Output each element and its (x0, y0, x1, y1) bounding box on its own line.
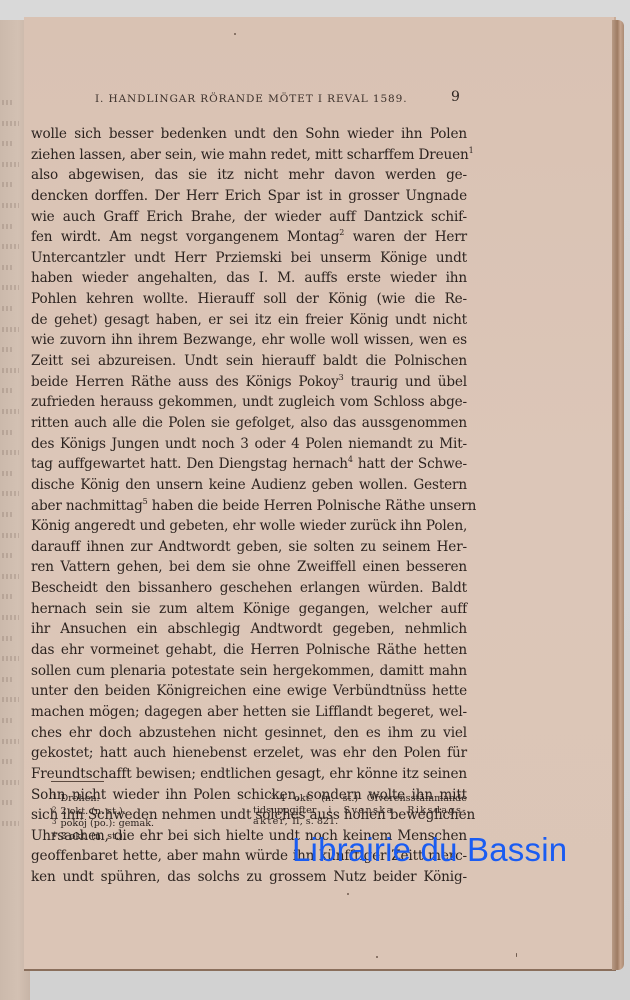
text-line: also abgewisen, das sie itz nicht mehr d… (31, 165, 467, 186)
footnote: 1Drohen. (52, 792, 242, 805)
footnote-rule (51, 781, 104, 782)
text-line: König angeredt und gebeten, ehr wolle wi… (31, 516, 467, 537)
text-line: unter den beiden Königreichen eine ewige… (31, 681, 467, 702)
text-line: de gehet) gesagt haben, er sei itz ein f… (31, 310, 467, 331)
footnote-number: 3 (52, 818, 56, 826)
bleed-through-mark (2, 182, 12, 187)
bleed-through-mark (2, 224, 12, 229)
text-line: zufrieden herauss gekommen, undt zugleic… (31, 392, 467, 413)
bleed-through-mark (2, 450, 19, 455)
bleed-through-mark (2, 306, 12, 311)
bleed-through-mark (2, 388, 12, 393)
bleed-through-mark (2, 121, 19, 126)
text-line: wie zuvorn ihn ihrem Bezwange, ehr wolle… (31, 330, 467, 351)
footnote-number: 2 (52, 806, 56, 814)
bleed-through-mark (2, 368, 19, 373)
footnote-ref: 1 (469, 146, 474, 155)
paper-speck (376, 956, 378, 958)
text-line: fen wirdt. Am negst vorgangenem Montag2 … (31, 227, 467, 248)
bleed-through-mark (2, 553, 12, 558)
bleed-through-mark (2, 780, 19, 785)
bleed-through-mark (2, 409, 19, 414)
text-line: des Königs Jungen undt noch 3 oder 4 Pol… (31, 434, 467, 455)
text-line: sollen cum plenaria potestate sein herge… (31, 661, 467, 682)
bleed-through-mark (2, 636, 12, 641)
page-fore-edge (612, 20, 624, 970)
text-line: ziehen lassen, aber sein, wie mahn redet… (31, 145, 467, 166)
footnote-5-line-3: akter, II, s. 821. (253, 816, 467, 828)
text-line: ken undt spühren, das solchs zu grossem … (31, 867, 467, 888)
bleed-through-mark (2, 327, 19, 332)
body-text: wolle sich besser bedenken undt den Sohn… (31, 124, 467, 888)
text-line: aber nachmittag5 haben die beide Herren … (31, 496, 467, 517)
footnote-5-line-2: tidsuppgifter i Svenska Riksdags- (253, 805, 467, 817)
bleed-through-mark (2, 162, 19, 167)
bleed-through-mark (2, 615, 19, 620)
bleed-through-mark (2, 265, 12, 270)
bleed-through-mark (2, 594, 12, 599)
text-line: ren Vattern gehen, bei dem sie ohne Zwei… (31, 557, 467, 578)
text-line: Bescheidt den bissanhero geschehen erlan… (31, 578, 467, 599)
bleed-through-mark (2, 141, 12, 146)
bleed-through-mark (2, 718, 12, 723)
bleed-through-mark (2, 574, 19, 579)
footnote-number: 1 (52, 793, 56, 801)
footnotes-left-column: 1Drohen.22 okt. (n. st.).3pokój (po.): g… (52, 792, 242, 842)
page-number: 9 (451, 89, 460, 105)
text-line: beide Herren Räthe auss des Königs Pokoy… (31, 372, 467, 393)
bleed-through-mark (2, 800, 12, 805)
text-line: dische König den unsern keine Audienz ge… (31, 475, 467, 496)
bleed-through-mark (2, 677, 12, 682)
text-line: Zeitt sei abzureisen. Undt sein hierauff… (31, 351, 467, 372)
bleed-through-mark (2, 697, 19, 702)
bleed-through-mark (2, 347, 12, 352)
bleed-through-mark (2, 203, 19, 208)
paper-speck (234, 33, 236, 35)
bleed-through-mark (2, 512, 12, 517)
footnote: 22 okt. (n. st.). (52, 805, 242, 818)
bleed-through-mark (2, 656, 19, 661)
bleed-through-mark (2, 471, 12, 476)
text-line: wie auch Graff Erich Brahe, der wieder a… (31, 207, 467, 228)
footnote: 43 okt. (n. st.). (52, 830, 242, 843)
text-line: tag auffgewartet hatt. Den Diengstag her… (31, 454, 467, 475)
bleed-through-mark (2, 285, 19, 290)
text-line: ihr Ansuchen ein abschlegig Andtwordt ge… (31, 619, 467, 640)
text-line: Pohlen kehren wollte. Hierauff soll der … (31, 289, 467, 310)
paper-speck (516, 953, 517, 957)
bleed-through-mark (2, 533, 19, 538)
text-line: machen mögen; dagegen aber hetten sie Li… (31, 702, 467, 723)
text-line: dencken dorffen. Der Herr Erich Spar ist… (31, 186, 467, 207)
footnote: 3pokój (po.): gemak. (52, 817, 242, 830)
text-line: das ehr vormeinet gehabt, die Herren Pol… (31, 640, 467, 661)
text-line: wolle sich besser bedenken undt den Sohn… (31, 124, 467, 145)
running-head-title: I. HANDLINGAR RÖRANDE MÖTET I REVAL 1589… (95, 93, 407, 105)
footnotes-right-column: 54 okt. (n. st.) Öfverensstämmande tidsu… (253, 792, 467, 828)
text-line: Untercantzler undt Herr Prziemski bei un… (31, 248, 467, 269)
text-line: haben wieder angehalten, das I. M. auffs… (31, 268, 467, 289)
footnote-5-line-1: 54 okt. (n. st.) Öfverensstämmande (253, 792, 467, 805)
paper-speck (347, 893, 349, 895)
running-head: I. HANDLINGAR RÖRANDE MÖTET I REVAL 1589… (0, 93, 630, 113)
text-line: ches ehr doch abzustehen nicht gesinnet,… (31, 723, 467, 744)
text-line: darauff ihnen zur Andtwordt geben, sie s… (31, 537, 467, 558)
bleed-through-mark (2, 244, 19, 249)
bleed-through-mark (2, 759, 12, 764)
watermark-text: Librairie du Bassin (292, 831, 567, 869)
bleed-through-mark (2, 739, 19, 744)
bleed-through-mark (2, 491, 19, 496)
footnote-number: 5 (271, 793, 275, 801)
text-line: ritten auch alle die Polen sie gefolget,… (31, 413, 467, 434)
bleed-through-mark (2, 430, 12, 435)
footnote-number: 4 (52, 831, 56, 839)
bleed-through-mark (2, 821, 19, 826)
text-line: hernach sein sie zum altem Könige gegang… (31, 599, 467, 620)
text-line: gekostet; hatt auch hienebenst erzelet, … (31, 743, 467, 764)
